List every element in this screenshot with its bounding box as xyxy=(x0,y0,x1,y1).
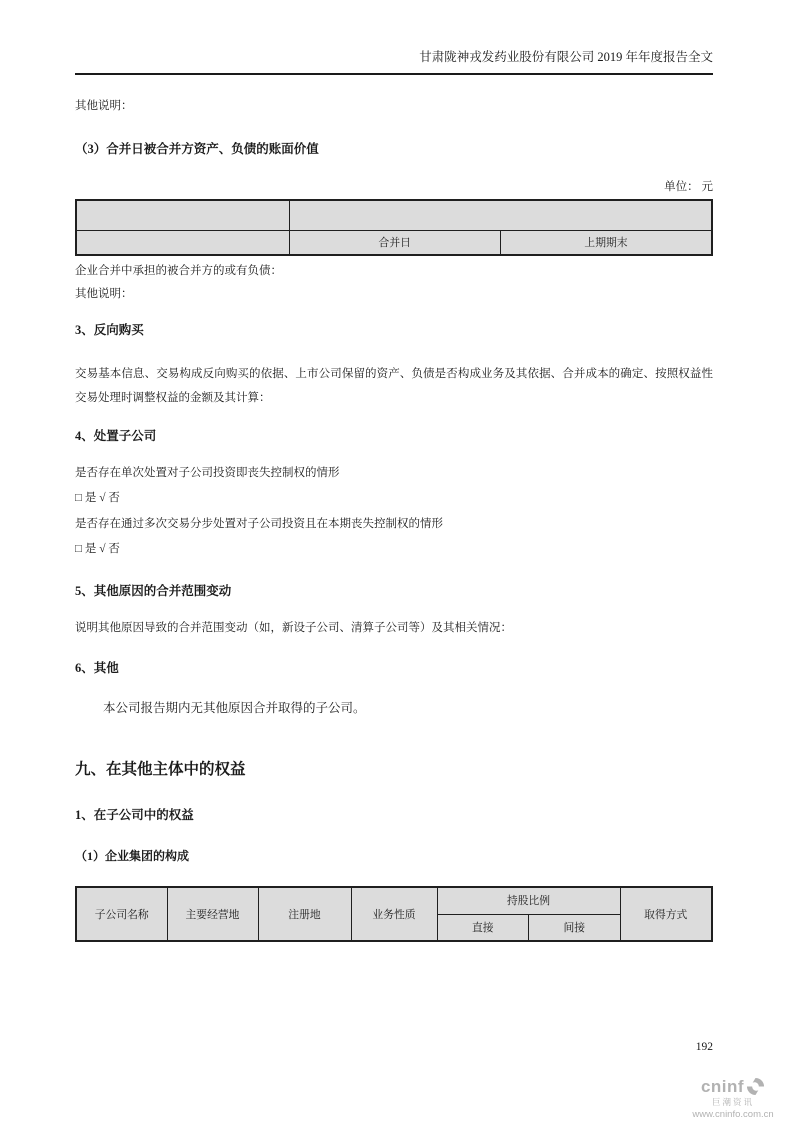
cninfo-url: www.cninfo.com.cn xyxy=(678,1109,788,1121)
col-header-acquisition-method: 取得方式 xyxy=(620,887,712,941)
cninfo-chinese-name: 巨潮资讯 xyxy=(678,1097,788,1107)
heading-equity-in-subsidiaries: 1、在子公司中的权益 xyxy=(75,807,713,823)
disposal-answer-2: □ 是 √ 否 xyxy=(75,542,713,556)
table-header-row: 子公司名称 主要经营地 注册地 业务性质 持股比例 取得方式 xyxy=(76,887,712,914)
blank-cell xyxy=(76,230,289,255)
unit-label: 单位： 元 xyxy=(75,181,713,194)
page-number: 192 xyxy=(696,1040,713,1054)
page-content: 甘肃陇神戎发药业股份有限公司 2019 年年度报告全文 其他说明： （3）合并日… xyxy=(75,0,713,942)
heading-other: 6、其他 xyxy=(75,660,713,676)
cninfo-brand-text: cninf xyxy=(701,1078,744,1096)
other-note-mid: 其他说明： xyxy=(75,287,713,301)
col-header-registered-place: 注册地 xyxy=(258,887,351,941)
heading-scope-change: 5、其他原因的合并范围变动 xyxy=(75,583,713,599)
blank-cell xyxy=(76,200,289,230)
table-row xyxy=(76,200,712,230)
cninfo-swirl-icon xyxy=(746,1077,765,1096)
report-header-title: 甘肃陇神戎发药业股份有限公司 2019 年年度报告全文 xyxy=(75,0,713,75)
heading-disposal-subsidiary: 4、处置子公司 xyxy=(75,428,713,444)
col-subheader-indirect: 间接 xyxy=(529,914,621,941)
table-row: 合并日 上期期末 xyxy=(76,230,712,255)
heading-chapter-nine: 九、在其他主体中的权益 xyxy=(75,760,713,780)
col-header-subsidiary-name: 子公司名称 xyxy=(76,887,167,941)
heading-carrying-value: （3）合并日被合并方资产、负债的账面价值 xyxy=(75,141,713,157)
disposal-question-2: 是否存在通过多次交易分步处置对子公司投资且在本期丧失控制权的情形 xyxy=(75,517,713,531)
other-note-top: 其他说明： xyxy=(75,99,713,113)
contingent-liability-line: 企业合并中承担的被合并方的或有负债： xyxy=(75,264,713,278)
subsidiary-table: 子公司名称 主要经营地 注册地 业务性质 持股比例 取得方式 直接 间接 xyxy=(75,886,713,942)
scope-change-desc: 说明其他原因导致的合并范围变动（如，新设子公司、清算子公司等）及其相关情况： xyxy=(75,621,713,635)
reverse-purchase-desc: 交易基本信息、交易构成反向购买的依据、上市公司保留的资产、负债是否构成业务及其依… xyxy=(75,362,713,410)
heading-reverse-purchase: 3、反向购买 xyxy=(75,322,713,338)
col-header-merger-date: 合并日 xyxy=(289,230,501,255)
other-paragraph: 本公司报告期内无其他原因合并取得的子公司。 xyxy=(75,701,713,716)
col-header-main-place: 主要经营地 xyxy=(167,887,258,941)
merger-date-table: 合并日 上期期末 xyxy=(75,199,713,256)
col-subheader-direct: 直接 xyxy=(437,914,529,941)
blank-cell xyxy=(289,200,712,230)
cninfo-logo: cninf 巨潮资讯 www.cninfo.com.cn xyxy=(678,1077,788,1121)
col-header-business-nature: 业务性质 xyxy=(351,887,437,941)
col-header-prior-period-end: 上期期末 xyxy=(501,230,713,255)
disposal-answer-1: □ 是 √ 否 xyxy=(75,491,713,505)
disposal-question-1: 是否存在单次处置对子公司投资即丧失控制权的情形 xyxy=(75,466,713,480)
heading-group-composition: （1）企业集团的构成 xyxy=(75,848,713,864)
col-header-shareholding-ratio: 持股比例 xyxy=(437,887,620,914)
